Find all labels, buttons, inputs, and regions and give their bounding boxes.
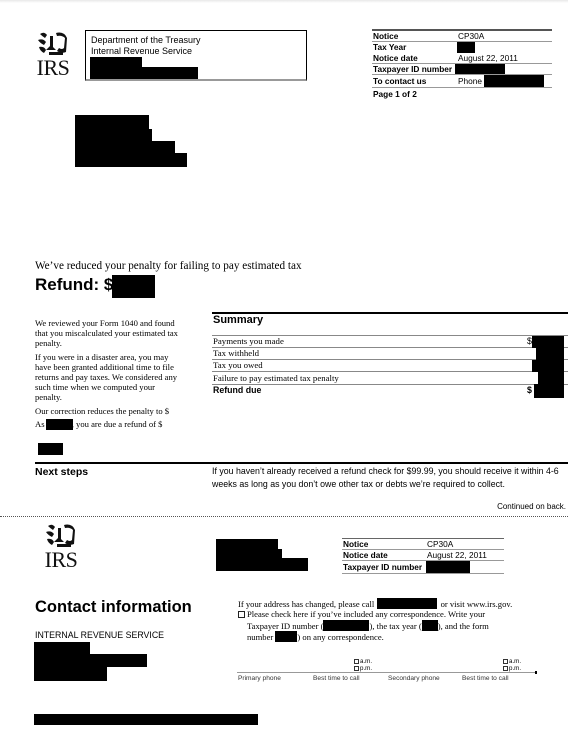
tear-off-line bbox=[0, 516, 568, 517]
contact-information-title: Contact information bbox=[35, 598, 192, 617]
redacted-penalty-amount bbox=[46, 419, 73, 430]
summary-row: Tax you owed bbox=[212, 359, 568, 371]
headline: We’ve reduced your penalty for failing t… bbox=[35, 260, 302, 272]
redacted-penalty bbox=[538, 372, 564, 384]
next-steps-rule bbox=[35, 462, 568, 464]
am-checkbox[interactable] bbox=[354, 659, 359, 664]
continued-on-back: Continued on back. bbox=[497, 502, 566, 511]
body-paragraph-3: Our correction reduces the penalty to $ bbox=[35, 406, 175, 416]
primary-phone-field[interactable]: Primary phone bbox=[238, 675, 281, 682]
taxpayer-id-label: Taxpayer ID number bbox=[373, 64, 452, 74]
redacted-mailing-line-1 bbox=[34, 642, 90, 654]
notice-value: CP30A bbox=[458, 31, 484, 41]
summary-title: Summary bbox=[213, 314, 263, 326]
summary-row: Tax withheld bbox=[212, 347, 568, 359]
irs-eagle-icon bbox=[36, 30, 70, 58]
refund-title: Refund: $ bbox=[35, 275, 113, 295]
correspondence-line-3: number ) on any correspondence. bbox=[247, 631, 384, 643]
redacted-barcode-line bbox=[34, 714, 258, 725]
contact-label: To contact us bbox=[373, 76, 426, 86]
redacted-refund-amount-body bbox=[38, 443, 63, 455]
body-paragraph-1: We reviewed your Form 1040 and found tha… bbox=[35, 318, 180, 349]
page-number: Page 1 of 2 bbox=[373, 89, 417, 99]
next-steps-title: Next steps bbox=[35, 466, 88, 478]
notice-date-value: August 22, 2011 bbox=[458, 53, 518, 63]
phone-fields-line bbox=[237, 672, 537, 673]
redacted-stub-address-2 bbox=[216, 549, 282, 558]
stub-irs-logo-text: IRS bbox=[40, 548, 82, 572]
pm-checkbox[interactable] bbox=[503, 666, 508, 671]
redacted-stub-address-3 bbox=[216, 558, 308, 571]
best-time-secondary-field[interactable]: Best time to call bbox=[462, 675, 509, 682]
redacted-phone bbox=[484, 75, 544, 87]
redacted-refund-amount bbox=[112, 275, 155, 298]
redacted-tax-year-inline bbox=[422, 620, 438, 631]
body-paragraph-2: If you were in a disaster area, you may … bbox=[35, 352, 180, 403]
redacted-recipient-line-2 bbox=[75, 129, 152, 141]
correspondence-line-1: Please check here if you’ve included any… bbox=[238, 609, 485, 620]
ampm-checkboxes-secondary: a.m. p.m. bbox=[503, 659, 521, 672]
redacted-withheld bbox=[536, 348, 564, 360]
body-text: We reviewed your Form 1040 and found tha… bbox=[35, 318, 180, 429]
line-end-mark bbox=[535, 671, 537, 674]
irs-logo: IRS bbox=[32, 30, 74, 82]
best-time-primary-field[interactable]: Best time to call bbox=[313, 675, 360, 682]
stub-irs-logo: IRS bbox=[40, 522, 82, 574]
redacted-address-line-1 bbox=[90, 57, 142, 67]
agency-line-1: Department of the Treasury bbox=[91, 35, 201, 46]
redacted-recipient-line-1 bbox=[75, 115, 149, 129]
redacted-mailing-line-3 bbox=[34, 667, 107, 681]
pm-checkbox[interactable] bbox=[354, 666, 359, 671]
redacted-stub-taxpayer-id bbox=[426, 561, 470, 573]
am-checkbox[interactable] bbox=[503, 659, 508, 664]
redacted-owed bbox=[532, 360, 564, 372]
redacted-tax-year bbox=[457, 42, 475, 53]
correspondence-checkbox[interactable] bbox=[238, 611, 245, 618]
summary-row-refund-due: Refund due $ bbox=[212, 384, 568, 396]
summary-row: Failure to pay estimated tax penalty bbox=[212, 372, 568, 384]
ampm-checkboxes-primary: a.m. p.m. bbox=[354, 659, 372, 672]
redacted-taxpayer-id-inline bbox=[323, 620, 369, 631]
secondary-phone-field[interactable]: Secondary phone bbox=[388, 675, 440, 682]
redacted-payments bbox=[532, 336, 564, 348]
irs-eagle-icon bbox=[44, 522, 78, 550]
redacted-recipient-line-3 bbox=[75, 141, 175, 153]
redacted-form-number bbox=[275, 631, 297, 642]
redacted-stub-address-1 bbox=[216, 539, 278, 549]
notice-label: Notice bbox=[373, 31, 398, 41]
redacted-address-line-2 bbox=[90, 67, 198, 79]
tax-year-label: Tax Year bbox=[373, 42, 406, 52]
page-top-edge bbox=[0, 0, 568, 3]
agency-line-2: Internal Revenue Service bbox=[91, 46, 192, 57]
summary-top-rule bbox=[212, 312, 568, 314]
summary-row: Payments you made $ bbox=[212, 335, 568, 347]
redacted-phone-number bbox=[377, 598, 437, 609]
sender-address-box: Department of the Treasury Internal Reve… bbox=[85, 30, 307, 81]
irs-mailing-name: INTERNAL REVENUE SERVICE bbox=[35, 630, 164, 640]
irs-logo-text: IRS bbox=[32, 56, 74, 80]
redacted-refund-due bbox=[534, 384, 564, 398]
contact-phone-prefix: Phone bbox=[458, 76, 482, 86]
redacted-recipient-line-4 bbox=[75, 153, 187, 167]
redacted-mailing-line-2 bbox=[34, 654, 147, 667]
next-steps-text: If you haven’t already received a refund… bbox=[212, 465, 568, 491]
notice-date-label: Notice date bbox=[373, 53, 418, 63]
